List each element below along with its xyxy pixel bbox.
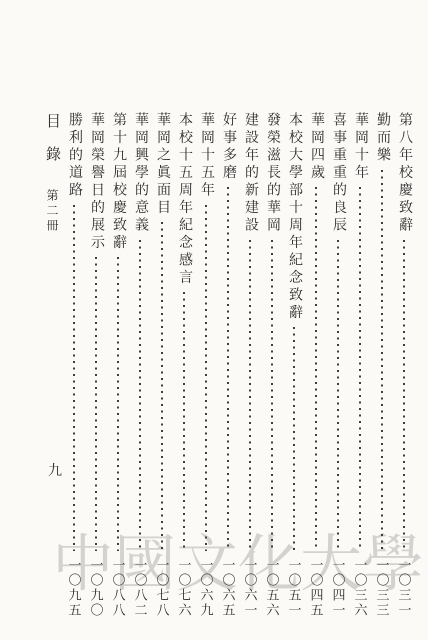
dotted-leader — [183, 292, 185, 551]
toc-entry: 勤而樂一〇三三 — [371, 112, 393, 618]
toc-entry: 華岡四歲一〇四五 — [305, 112, 327, 618]
toc-entry: 本校大學部十周年紀念致辭一〇五一 — [283, 112, 305, 618]
entry-title: 華岡十五年 — [199, 112, 213, 200]
dotted-leader — [381, 170, 383, 552]
entry-title: 華岡四歲 — [309, 112, 323, 182]
toc-entry: 勝利的道路一〇九五 — [63, 112, 85, 618]
entry-page-number: 一〇三三 — [376, 556, 389, 618]
dotted-leader — [95, 257, 97, 551]
toc-volume-label: 第二冊 — [45, 189, 59, 234]
dotted-leader — [403, 240, 405, 552]
dotted-leader — [337, 240, 339, 552]
dotted-leader — [359, 187, 361, 551]
entry-page-number: 一〇九五 — [68, 556, 81, 618]
dotted-leader — [161, 222, 163, 551]
toc-entry: 本校十五周年紀念感言一〇七六 — [173, 112, 195, 618]
toc-header: 目錄第二冊 — [44, 113, 60, 234]
toc-entry: 華岡榮譽日的展示一〇九〇 — [85, 112, 107, 618]
dotted-leader — [205, 205, 207, 552]
toc-entry: 第十九屆校慶致辭一〇八八 — [107, 112, 129, 618]
entry-title: 華岡榮譽日的展示 — [89, 112, 103, 252]
toc-entry-list: 第八年校慶致辭一〇三一勤而樂一〇三三華岡十年一〇三六喜事重重的良辰一〇四一華岡四… — [63, 112, 415, 618]
dotted-leader — [293, 327, 295, 551]
entry-title: 華岡之眞面目 — [155, 112, 169, 217]
entry-page-number: 一〇三六 — [354, 556, 367, 618]
entry-page-number: 一〇九〇 — [90, 556, 103, 618]
toc-entry: 華岡之眞面目一〇七八 — [151, 112, 173, 618]
scanned-toc-page: 中國文化大學 目錄第二冊 九 第八年校慶致辭一〇三一勤而樂一〇三三華岡十年一〇三… — [0, 0, 428, 640]
dotted-leader — [271, 240, 273, 552]
toc-entry: 華岡興學的意義一〇八二 — [129, 112, 151, 618]
entry-title: 第八年校慶致辭 — [397, 112, 411, 235]
entry-page-number: 一〇五一 — [288, 556, 301, 618]
entry-page-number: 一〇四一 — [332, 556, 345, 618]
entry-title: 好事多磨 — [221, 112, 235, 182]
dotted-leader — [139, 240, 141, 552]
toc-entry: 好事多磨一〇六五 — [217, 112, 239, 618]
toc-entry: 建設年的新建設一〇六一 — [239, 112, 261, 618]
entry-page-number: 一〇七六 — [178, 556, 191, 618]
entry-title: 第十九屆校慶致辭 — [111, 112, 125, 252]
toc-entry: 華岡十五年一〇六九 — [195, 112, 217, 618]
dotted-leader — [315, 187, 317, 551]
entry-page-number: 一〇四五 — [310, 556, 323, 618]
entry-title: 華岡興學的意義 — [133, 112, 147, 235]
entry-title: 建設年的新建設 — [243, 112, 257, 235]
dotted-leader — [73, 205, 75, 552]
toc-entry: 喜事重重的良辰一〇四一 — [327, 112, 349, 618]
dotted-leader — [117, 257, 119, 551]
entry-title: 喜事重重的良辰 — [331, 112, 345, 235]
entry-page-number: 一〇七八 — [156, 556, 169, 618]
entry-title: 本校十五周年紀念感言 — [177, 112, 191, 287]
toc-entry: 第八年校慶致辭一〇三一 — [393, 112, 415, 618]
entry-page-number: 一〇六五 — [222, 556, 235, 618]
toc-title: 目錄 — [44, 113, 60, 179]
toc-entry: 華岡十年一〇三六 — [349, 112, 371, 618]
entry-page-number: 一〇五六 — [266, 556, 279, 618]
dotted-leader — [249, 240, 251, 552]
folio-number: 九 — [48, 460, 62, 480]
entry-title: 華岡十年 — [353, 112, 367, 182]
entry-title: 本校大學部十周年紀念致辭 — [287, 112, 301, 322]
entry-title: 勝利的道路 — [67, 112, 81, 200]
entry-page-number: 一〇八二 — [134, 556, 147, 618]
toc-entry: 發榮滋長的華岡一〇五六 — [261, 112, 283, 618]
entry-title: 勤而樂 — [375, 112, 389, 165]
entry-page-number: 一〇六一 — [244, 556, 257, 618]
entry-page-number: 一〇六九 — [200, 556, 213, 618]
dotted-leader — [227, 187, 229, 551]
entry-page-number: 一〇八八 — [112, 556, 125, 618]
entry-page-number: 一〇三一 — [398, 556, 411, 618]
entry-title: 發榮滋長的華岡 — [265, 112, 279, 235]
